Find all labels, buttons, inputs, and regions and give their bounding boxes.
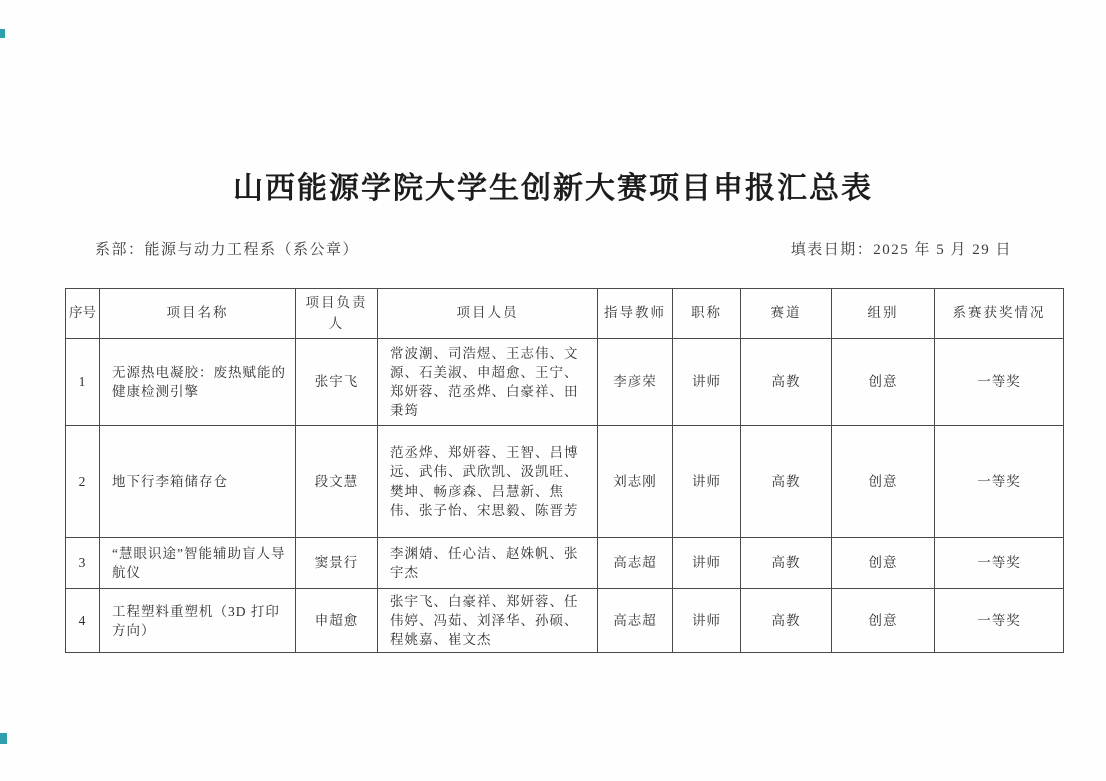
group-cell: 创意 [832, 589, 935, 653]
department-label: 系部：能源与动力工程系（系公章） [95, 238, 359, 259]
column-header-members: 项目人员 [378, 289, 598, 339]
leader-cell: 张宇飞 [296, 339, 378, 426]
fill-date-label: 填表日期：2025 年 5 月 29 日 [791, 238, 1012, 259]
index-cell: 2 [66, 426, 100, 538]
leader-cell: 窦景行 [296, 538, 378, 589]
column-header-group: 组别 [832, 289, 935, 339]
header-row: 序号 项目名称 项目负责人 项目人员 指导教师 职称 赛道 组别 系赛获奖情况 [66, 289, 1064, 339]
table-row: 2 地下行李箱储存仓 段文慧 范丞烨、郑妍蓉、王智、吕博远、武伟、武欣凯、汲凯旺… [66, 426, 1064, 538]
title-cell: 讲师 [673, 589, 741, 653]
leader-cell: 申超愈 [296, 589, 378, 653]
track-cell: 高教 [741, 426, 832, 538]
advisor-cell: 刘志刚 [598, 426, 673, 538]
column-header-project-name: 项目名称 [100, 289, 296, 339]
award-cell: 一等奖 [935, 589, 1064, 653]
column-header-track: 赛道 [741, 289, 832, 339]
advisor-cell: 高志超 [598, 538, 673, 589]
title-cell: 讲师 [673, 426, 741, 538]
index-cell: 1 [66, 339, 100, 426]
index-cell: 4 [66, 589, 100, 653]
projects-table: 序号 项目名称 项目负责人 项目人员 指导教师 职称 赛道 组别 系赛获奖情况 … [65, 288, 1064, 653]
advisor-cell: 高志超 [598, 589, 673, 653]
members-cell: 张宇飞、白豪祥、郑妍蓉、任伟婷、冯茹、刘泽华、孙硕、程姚嘉、崔文杰 [378, 589, 598, 653]
scan-artifact [0, 733, 7, 744]
document-page: 山西能源学院大学生创新大赛项目申报汇总表 系部：能源与动力工程系（系公章） 填表… [0, 0, 1106, 781]
members-cell: 常波潮、司浩煜、王志伟、文源、石美淑、申超愈、王宁、郑妍蓉、范丞烨、白豪祥、田秉… [378, 339, 598, 426]
track-cell: 高教 [741, 589, 832, 653]
table-row: 1 无源热电凝胶：废热赋能的健康检测引擎 张宇飞 常波潮、司浩煜、王志伟、文源、… [66, 339, 1064, 426]
award-cell: 一等奖 [935, 339, 1064, 426]
project-name-cell: “慧眼识途”智能辅助盲人导航仪 [100, 538, 296, 589]
meta-row: 系部：能源与动力工程系（系公章） 填表日期：2025 年 5 月 29 日 [95, 238, 1012, 259]
award-cell: 一等奖 [935, 538, 1064, 589]
project-name-cell: 地下行李箱储存仓 [100, 426, 296, 538]
index-cell: 3 [66, 538, 100, 589]
table-row: 4 工程塑料重塑机（3D 打印方向） 申超愈 张宇飞、白豪祥、郑妍蓉、任伟婷、冯… [66, 589, 1064, 653]
column-header-award: 系赛获奖情况 [935, 289, 1064, 339]
title-cell: 讲师 [673, 538, 741, 589]
members-cell: 李渊婧、任心洁、赵姝帆、张宇杰 [378, 538, 598, 589]
table-row: 3 “慧眼识途”智能辅助盲人导航仪 窦景行 李渊婧、任心洁、赵姝帆、张宇杰 高志… [66, 538, 1064, 589]
title-cell: 讲师 [673, 339, 741, 426]
column-header-advisor: 指导教师 [598, 289, 673, 339]
page-title: 山西能源学院大学生创新大赛项目申报汇总表 [0, 163, 1106, 207]
column-header-leader: 项目负责人 [296, 289, 378, 339]
track-cell: 高教 [741, 538, 832, 589]
group-cell: 创意 [832, 426, 935, 538]
scan-artifact [0, 29, 5, 38]
group-cell: 创意 [832, 538, 935, 589]
leader-cell: 段文慧 [296, 426, 378, 538]
advisor-cell: 李彦荣 [598, 339, 673, 426]
award-cell: 一等奖 [935, 426, 1064, 538]
project-name-cell: 工程塑料重塑机（3D 打印方向） [100, 589, 296, 653]
project-name-cell: 无源热电凝胶：废热赋能的健康检测引擎 [100, 339, 296, 426]
column-header-index: 序号 [66, 289, 100, 339]
members-cell: 范丞烨、郑妍蓉、王智、吕博远、武伟、武欣凯、汲凯旺、樊坤、畅彦森、吕慧新、焦伟、… [378, 426, 598, 538]
track-cell: 高教 [741, 339, 832, 426]
group-cell: 创意 [832, 339, 935, 426]
column-header-title: 职称 [673, 289, 741, 339]
